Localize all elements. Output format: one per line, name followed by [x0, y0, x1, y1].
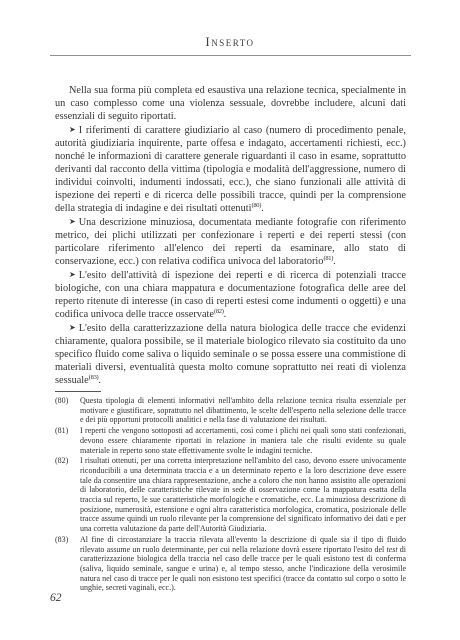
paragraph-tail: .: [261, 203, 264, 214]
header-rule: [50, 55, 411, 56]
paragraph-tail: .: [333, 256, 336, 267]
footnote-text: Al fine di circostanziare la traccia ril…: [80, 535, 406, 554]
footnote: (80)Questa tipologia di elementi informa…: [55, 396, 406, 425]
footnote-number: (80): [55, 396, 80, 406]
footnote-number: (81): [55, 426, 80, 436]
footnote: (83)Al fine di circostanziare la traccia…: [55, 535, 406, 593]
footnote-ref-80: (80): [251, 202, 261, 209]
paragraph-text: Una descrizione minuziosa, documentata m…: [55, 217, 406, 267]
body-paragraph: ➤L'esito della caratterizzazione della n…: [55, 321, 406, 387]
footnote-text: I risultati ottenuti, per una corretta i…: [80, 456, 406, 533]
footnote-text: Questa tipologia di elementi informativi…: [80, 396, 406, 424]
footnote: (81)I reperti che vengono sottoposti ad …: [55, 426, 406, 455]
page-header-title: Inserto: [0, 34, 460, 50]
paragraph-tail: .: [224, 309, 227, 320]
body-text-block: Nella sua forma più completa ed esaustiv…: [55, 84, 406, 387]
document-page: Inserto Nella sua forma più completa ed …: [0, 0, 460, 640]
footnote: (82)I risultati ottenuti, per una corret…: [55, 456, 406, 534]
paragraph-text: I riferimenti di carattere giudiziario a…: [55, 125, 406, 214]
arrow-bullet-icon: ➤: [69, 123, 76, 136]
body-paragraph: Nella sua forma più completa ed esaustiv…: [55, 84, 406, 123]
body-paragraph: ➤I riferimenti di carattere giudiziario …: [55, 123, 406, 215]
footnote-number: (82): [55, 456, 80, 466]
paragraph-text: L'esito dell'attività di ispezione dei r…: [55, 270, 406, 320]
arrow-bullet-icon: ➤: [69, 268, 76, 281]
body-paragraph: ➤L'esito dell'attività di ispezione dei …: [55, 268, 406, 321]
footnote-number: (83): [55, 535, 80, 545]
footnote-ref-83: (83): [89, 374, 99, 381]
page-number: 62: [50, 592, 62, 604]
footnote-text-italic: test: [386, 545, 397, 554]
footnote-separator-rule: [55, 391, 101, 392]
footnote-text: I reperti che vengono sottoposti ad acce…: [80, 426, 406, 454]
paragraph-tail: .: [98, 375, 101, 386]
body-paragraph: ➤Una descrizione minuziosa, documentata …: [55, 215, 406, 268]
paragraph-text: Nella sua forma più completa ed esaustiv…: [55, 85, 406, 122]
arrow-bullet-icon: ➤: [69, 215, 76, 228]
paragraph-text: L'esito della caratterizzazione della na…: [55, 323, 406, 386]
footnotes-block: (80)Questa tipologia di elementi informa…: [55, 396, 406, 594]
footnote-ref-81: (81): [323, 255, 333, 262]
footnote-ref-82: (82): [214, 308, 224, 315]
arrow-bullet-icon: ➤: [69, 321, 76, 334]
